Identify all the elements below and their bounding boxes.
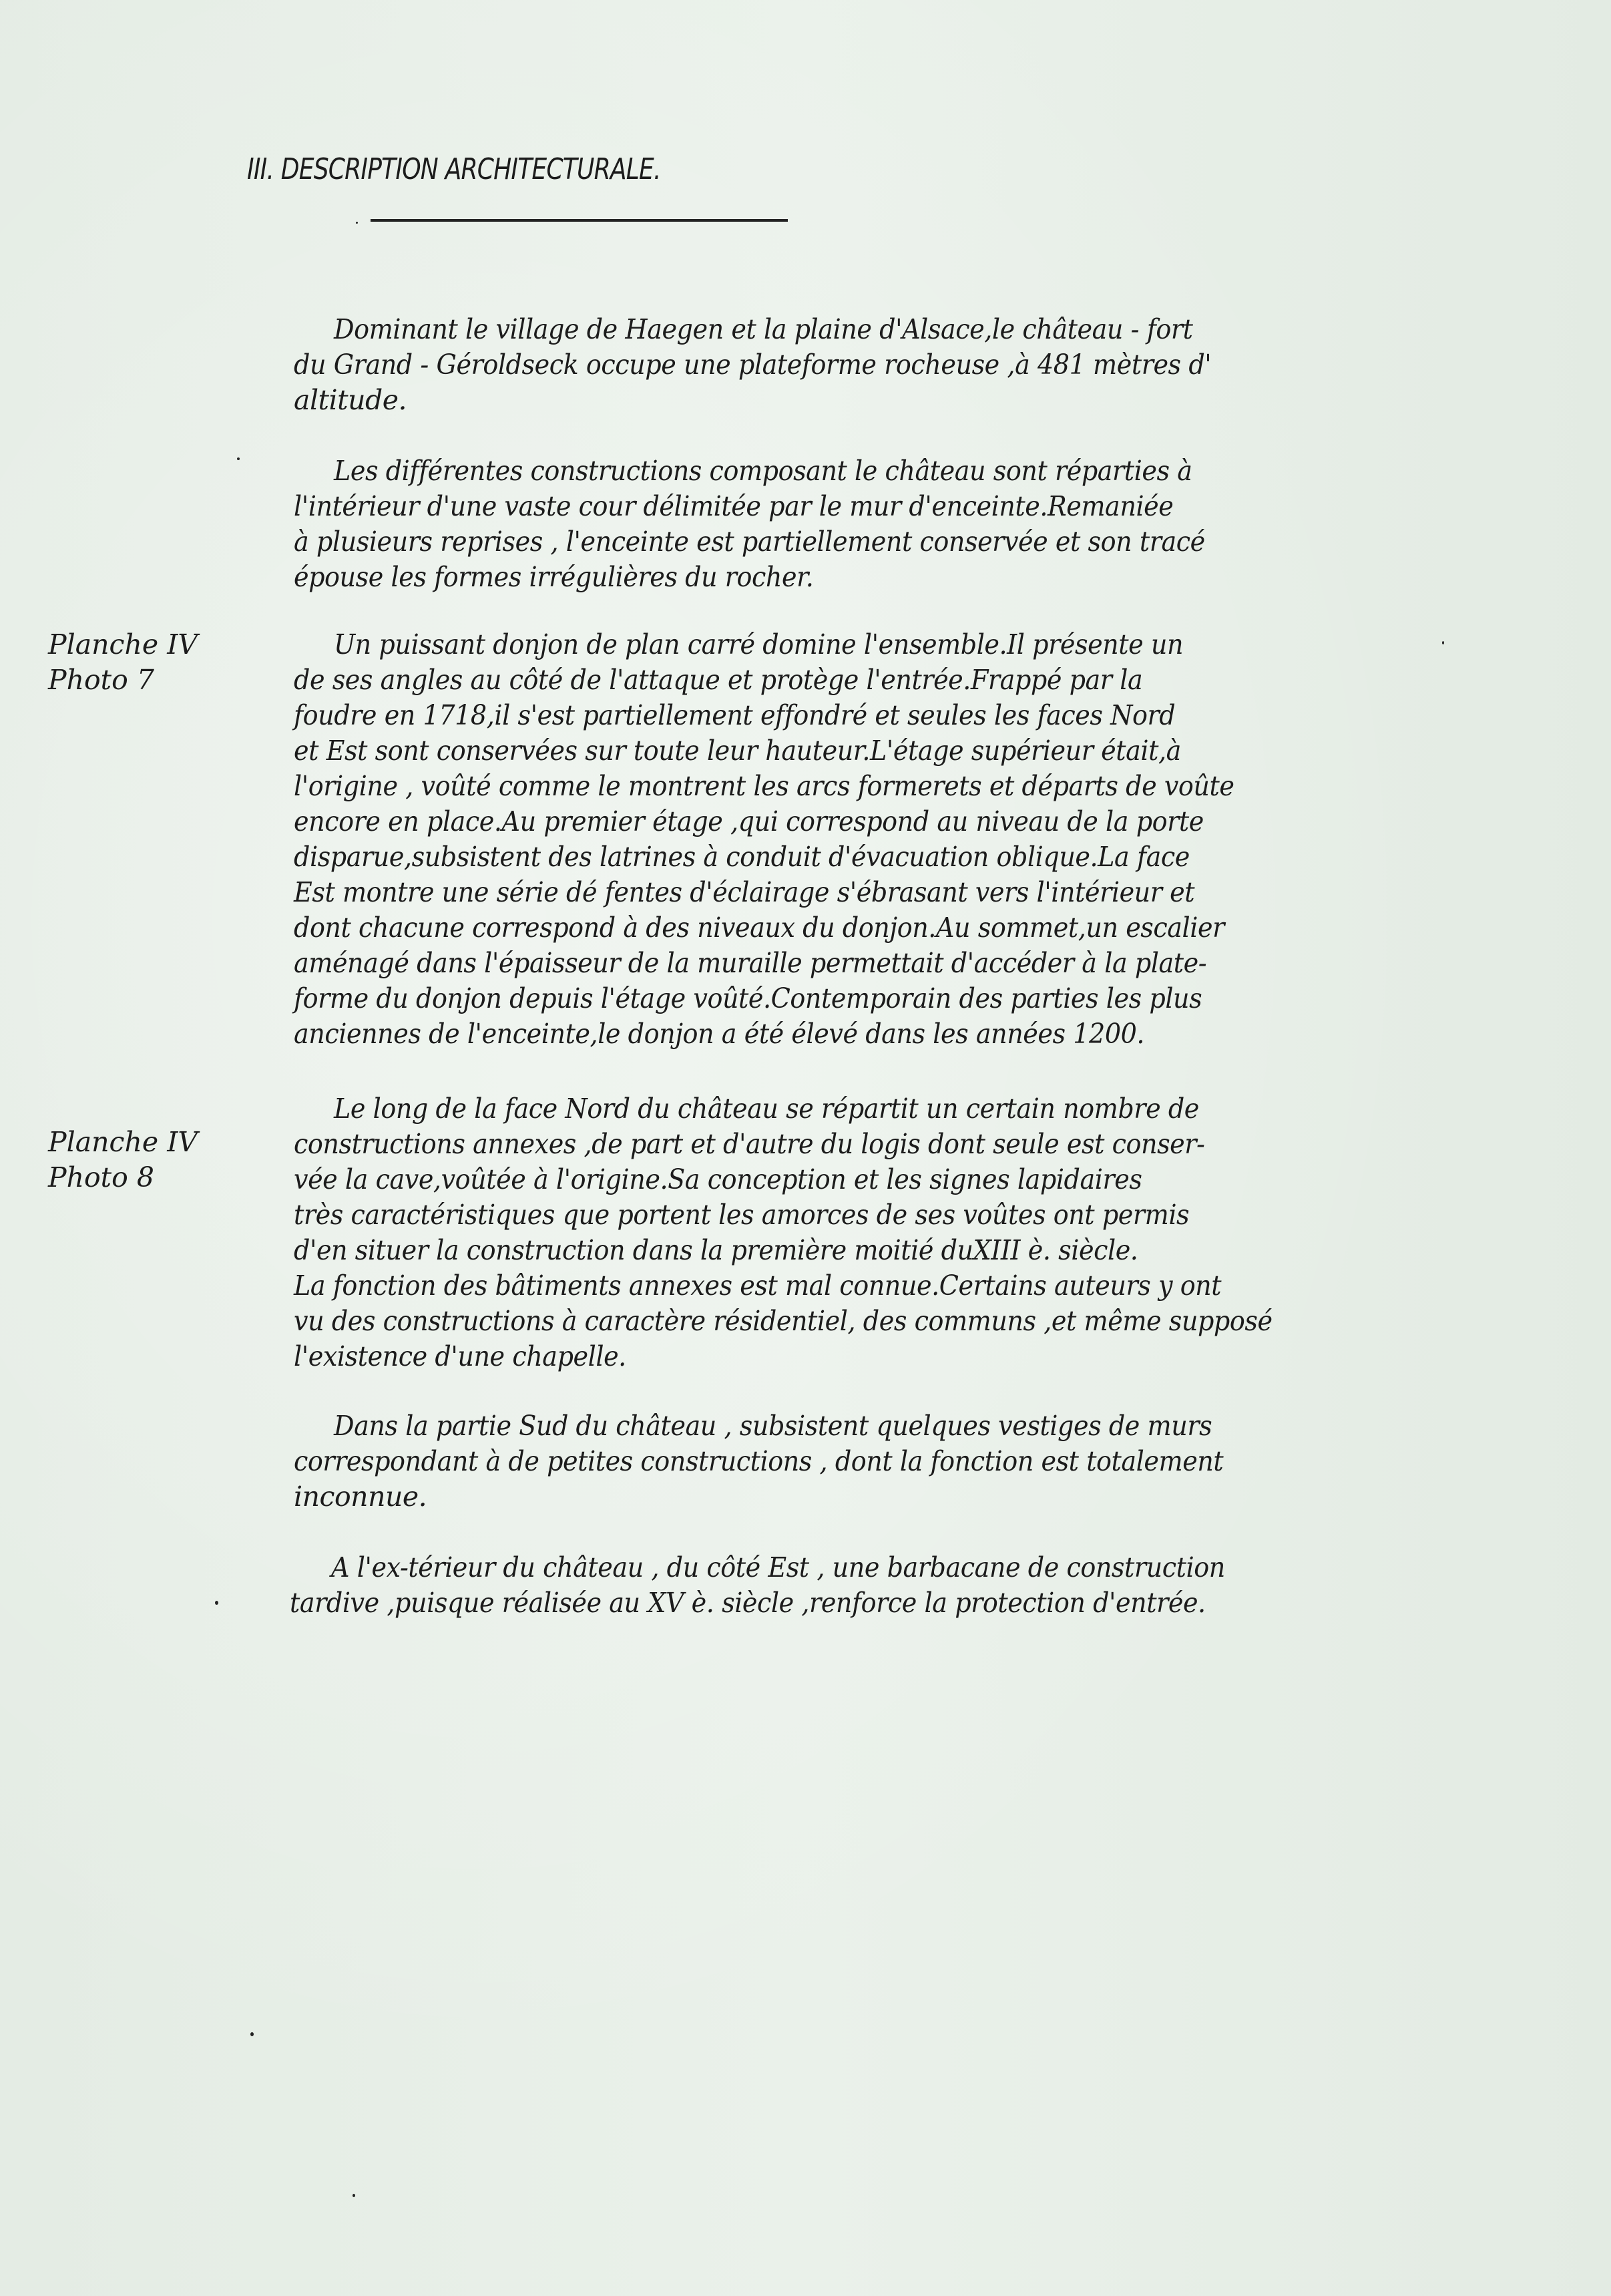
paragraph-line: vu des constructions à caractère résiden… <box>294 1304 1273 1338</box>
paragraph-line: du Grand - Géroldseck occupe une platefo… <box>294 348 1211 381</box>
paragraph-line: altitude. <box>294 383 407 417</box>
paragraph-line: forme du donjon depuis l'étage voûté.Con… <box>294 982 1202 1015</box>
margin-note-line: Planche IV <box>48 628 198 661</box>
margin-note-line: Planche IV <box>48 1125 198 1159</box>
scan-speck <box>237 457 240 460</box>
paragraph-line: vée la cave,voûtée à l'origine.Sa concep… <box>294 1163 1142 1196</box>
section-title: III. DESCRIPTION ARCHITECTURALE. <box>247 152 661 186</box>
paragraph-line: épouse les formes irrégulières du rocher… <box>294 560 813 594</box>
paragraph-line: de ses angles au côté de l'attaque et pr… <box>294 663 1142 697</box>
paragraph-line: et Est sont conservées sur toute leur ha… <box>294 734 1181 767</box>
paragraph-line: encore en place.Au premier étage ,qui co… <box>294 805 1204 838</box>
paragraph-line: disparue,subsistent des latrines à condu… <box>294 840 1190 874</box>
document-page: III. DESCRIPTION ARCHITECTURALE. Dominan… <box>0 0 1611 2296</box>
paragraph-line: inconnue. <box>294 1480 427 1513</box>
paragraph-line: constructions annexes ,de part et d'autr… <box>294 1127 1204 1161</box>
paragraph-line: l'existence d'une chapelle. <box>294 1340 626 1373</box>
paragraph-line: anciennes de l'enceinte,le donjon a été … <box>294 1017 1144 1050</box>
paragraph-line: d'en situer la construction dans la prem… <box>294 1233 1138 1267</box>
paragraph-line: Est montre une série dé fentes d'éclaira… <box>294 876 1194 909</box>
scan-speck <box>250 2032 254 2036</box>
paragraph-line: très caractéristiques que portent les am… <box>294 1198 1189 1231</box>
paragraph-line: Les différentes constructions composant … <box>334 454 1192 488</box>
paragraph-line: Dans la partie Sud du château , subsiste… <box>334 1409 1212 1443</box>
paragraph-line: foudre en 1718,il s'est partiellement ef… <box>294 699 1175 732</box>
paragraph-line: tardive ,puisque réalisée au XV è. siècl… <box>290 1586 1206 1619</box>
paragraph-line: dont chacune correspond à des niveaux du… <box>294 911 1224 944</box>
margin-note-line: Photo 7 <box>48 663 154 697</box>
paragraph-line: correspondant à de petites constructions… <box>294 1445 1223 1478</box>
margin-note-line: Photo 8 <box>48 1161 154 1194</box>
title-underline <box>371 219 788 222</box>
paragraph-line: A l'ex-térieur du château , du côté Est … <box>331 1551 1225 1584</box>
paragraph-line: Un puissant donjon de plan carré domine … <box>334 628 1183 661</box>
scan-speck <box>1442 641 1444 644</box>
scan-speck <box>356 222 358 224</box>
scan-speck <box>215 1601 218 1605</box>
paragraph-line: La fonction des bâtiments annexes est ma… <box>294 1269 1221 1302</box>
paragraph-line: à plusieurs reprises , l'enceinte est pa… <box>294 525 1205 558</box>
paragraph-line: l'origine , voûté comme le montrent les … <box>294 769 1234 803</box>
scan-speck <box>353 2194 355 2197</box>
paragraph-line: l'intérieur d'une vaste cour délimitée p… <box>294 490 1173 523</box>
paragraph-line: aménagé dans l'épaisseur de la muraille … <box>294 946 1206 980</box>
paragraph-line: Dominant le village de Haegen et la plai… <box>334 313 1192 346</box>
paragraph-line: Le long de la face Nord du château se ré… <box>334 1092 1199 1125</box>
